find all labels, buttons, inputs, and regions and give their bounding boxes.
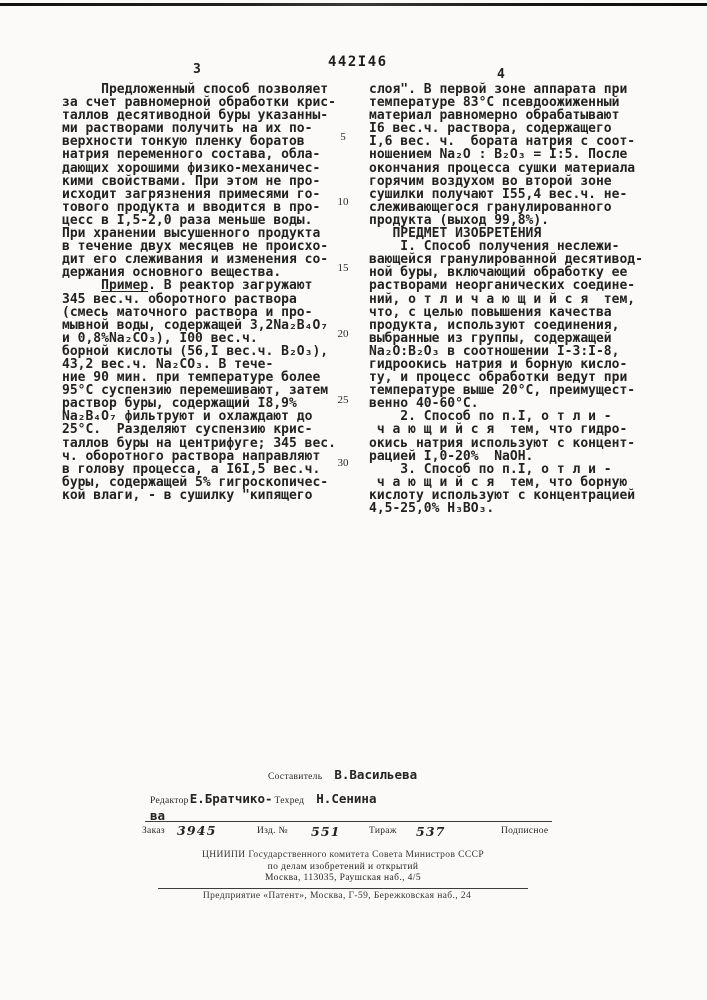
line-number: 15 — [330, 262, 356, 274]
text-line: кой влаги, - в сушилку "кипящего — [62, 489, 364, 502]
line-number: 30 — [330, 457, 356, 469]
techred-label: Техред — [275, 796, 305, 806]
printer-line: Предприятие «Патент», Москва, Г-59, Бере… — [140, 891, 556, 903]
edition-label: Изд. № — [257, 826, 288, 836]
page-number-right: 4 — [497, 67, 505, 82]
right-text-column: слоя". В первой зоне аппарата притемпера… — [369, 83, 671, 515]
line-number: 5 — [330, 131, 356, 143]
order-label: Заказ — [142, 826, 165, 836]
line-number: 10 — [330, 196, 356, 208]
left-text-column: Предложенный способ позволяетза счет рав… — [62, 83, 364, 502]
organization-line-2: по делам изобретений и открытий — [140, 862, 556, 874]
editor-name: Е.Братчико- — [190, 791, 273, 806]
patent-scan-page: 3 442I46 4 Предложенный способ позволяет… — [0, 0, 707, 1000]
circulation-label: Тираж — [369, 826, 397, 836]
editor-name-wrapped: ва — [150, 808, 165, 823]
page-number-left: 3 — [193, 62, 201, 77]
subscription-label: Подписное — [501, 826, 548, 836]
order-info-row: Заказ 3945 Изд. № 551 Тираж 537 Подписно… — [140, 823, 556, 841]
divider-line-bottom — [158, 888, 528, 889]
line-number: 20 — [330, 328, 356, 340]
circulation-number: 537 — [416, 824, 446, 839]
imprint-footer: СоставительВ.Васильева РедакторЕ.Братчик… — [140, 764, 556, 902]
text-line: 4,5-25,0% H₃BO₃. — [369, 502, 671, 515]
line-number: 25 — [330, 394, 356, 406]
divider-line-top — [145, 821, 552, 822]
techred-name: Н.Сенина — [316, 791, 376, 806]
edition-number: 551 — [311, 824, 341, 839]
organization-line-1: ЦНИИПИ Государственного комитета Совета … — [140, 850, 556, 862]
organization-line-3: Москва, 113035, Раушская наб., 4/5 — [140, 873, 556, 885]
order-number: 3945 — [177, 823, 217, 838]
compiler-row: СоставительВ.Васильева — [140, 764, 556, 783]
compiler-label: Составитель — [268, 772, 322, 782]
compiler-name: В.Васильева — [334, 767, 417, 782]
